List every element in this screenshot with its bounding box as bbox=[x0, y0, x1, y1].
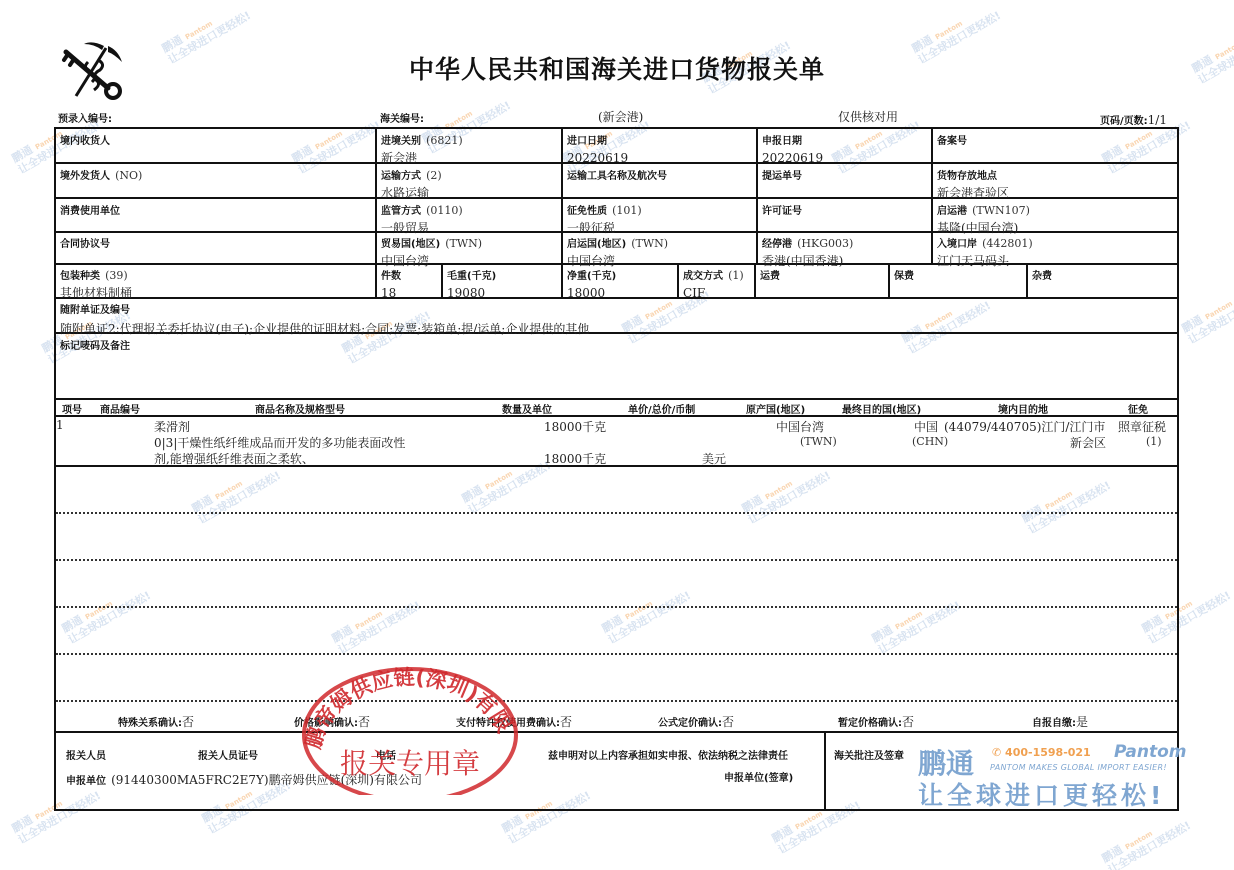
customs-note-label: 海关批注及签章 bbox=[834, 747, 904, 762]
item-domestic-dest: (44079/440705)江门/江门市 bbox=[944, 418, 1105, 435]
declarant-sign-label: 申报单位(签章) bbox=[724, 769, 793, 784]
field-attached-docs: 随附单证及编号 随附单证2:代理报关委托协议(电子);企业提供的证明材料;合同;… bbox=[56, 298, 1176, 339]
field-freight: 运费 bbox=[756, 264, 888, 287]
col-levy: 征免 bbox=[1128, 401, 1148, 416]
field-import-date: 进口日期 20220619 bbox=[563, 129, 755, 168]
item-levy-code: (1) bbox=[1146, 435, 1162, 448]
col-origin: 原产国(地区) bbox=[746, 401, 805, 416]
field-marks: 标记唛码及备注 bbox=[56, 334, 1176, 357]
broker-id-label: 报关人员证号 bbox=[198, 747, 258, 762]
page-value: 1/1 bbox=[1148, 113, 1167, 127]
legal-statement: 兹申明对以上内容承担如实申报、依法纳税之法律责任 bbox=[548, 747, 788, 762]
item-dest-country: 中国 bbox=[914, 418, 938, 435]
field-bill-no: 提运单号 bbox=[758, 164, 930, 187]
watermark: 鹏通 Pantom让全球进口更轻松! bbox=[870, 588, 963, 656]
field-consumer: 消费使用单位 bbox=[56, 199, 374, 222]
field-storage-place: 货物存放地点 新会港查验区 bbox=[933, 164, 1177, 203]
brand-slogan-en: PANTOM MAKES GLOBAL IMPORT EASIER! bbox=[990, 763, 1167, 772]
watermark: 鹏通 Pantom让全球进口更轻松! bbox=[1100, 808, 1193, 870]
item-no: 1 bbox=[56, 418, 64, 432]
field-contract-no: 合同协议号 bbox=[56, 232, 374, 255]
customs-no-label: 海关编号: bbox=[380, 110, 424, 125]
item-qty1: 18000千克 bbox=[544, 418, 606, 435]
item-spec-line1: 0|3|干燥性纸纤维成品而开发的多功能表面改性 bbox=[154, 434, 405, 451]
col-item-no: 项号 bbox=[62, 401, 82, 416]
col-goods-name: 商品名称及规格型号 bbox=[255, 401, 345, 416]
port-name: (新会港) bbox=[598, 108, 643, 125]
item-qty2: 18000千克 bbox=[544, 450, 606, 467]
item-levy: 照章征税 bbox=[1118, 418, 1166, 435]
watermark: 鹏通 Pantom让全球进口更轻松! bbox=[1020, 468, 1113, 536]
svg-text:报关专用章: 报关专用章 bbox=[340, 747, 480, 780]
confirm-special-relation: 特殊关系确认:否 bbox=[118, 711, 194, 730]
brand-slogan-cn: 让全球进口更轻松! bbox=[918, 776, 1165, 812]
confirm-formula-pricing: 公式定价确认:否 bbox=[658, 711, 734, 730]
watermark: 鹏通 Pantom让全球进口更轻松! bbox=[1140, 578, 1233, 646]
col-hs-code: 商品编号 bbox=[100, 401, 140, 416]
field-misc-fee: 杂费 bbox=[1028, 264, 1176, 287]
col-price: 单价/总价/币制 bbox=[628, 401, 695, 416]
field-entry-customs: 进境关别 (6821) 新会港 bbox=[377, 129, 561, 168]
watermark: 鹏通 Pantom让全球进口更轻松! bbox=[10, 778, 103, 846]
field-license-no: 许可证号 bbox=[758, 199, 930, 222]
item-name: 柔滑剂 bbox=[154, 418, 190, 435]
col-dest-country: 最终目的国(地区) bbox=[842, 401, 921, 416]
item-spec-line2: 剂,能增强纸纤维表面之柔软、 bbox=[154, 450, 314, 467]
pre-entry-no-label: 预录入编号: bbox=[58, 110, 112, 125]
field-declare-date: 申报日期 20220619 bbox=[758, 129, 930, 168]
item-currency: 美元 bbox=[702, 450, 726, 467]
item-domestic-dest2: 新会区 bbox=[1070, 434, 1106, 451]
document-title: 中华人民共和国海关进口货物报关单 bbox=[0, 50, 1234, 86]
confirm-provisional-price: 暂定价格确认:否 bbox=[838, 711, 914, 730]
svg-text:鹏帝姆供应链(深圳)有限公司: 鹏帝姆供应链(深圳)有限公司 bbox=[290, 655, 516, 751]
col-quantity: 数量及单位 bbox=[502, 401, 552, 416]
watermark: 鹏通 Pantom让全球进口更轻松! bbox=[770, 788, 863, 856]
watermark: 鹏通 Pantom让全球进口更轻松! bbox=[740, 458, 833, 526]
item-origin-code: (TWN) bbox=[800, 435, 837, 448]
field-transport-mode: 运输方式 (2) 水路运输 bbox=[377, 164, 561, 203]
watermark: 鹏通 Pantom让全球进口更轻松! bbox=[190, 458, 283, 526]
broker-label: 报关人员 bbox=[66, 747, 106, 762]
field-record-no: 备案号 bbox=[933, 129, 1177, 152]
confirm-self-declare: 自报自缴:是 bbox=[1032, 711, 1088, 730]
verification-note: 仅供核对用 bbox=[838, 108, 898, 125]
watermark: 鹏通 Pantom让全球进口更轻松! bbox=[1180, 278, 1234, 346]
pantom-brand-logo: 鹏通 ✆ 400-1598-021 Pantom PANTOM MAKES GL… bbox=[918, 742, 1178, 810]
field-insurance: 保费 bbox=[890, 264, 1026, 287]
watermark: 鹏通 Pantom让全球进口更轻松! bbox=[60, 578, 153, 646]
field-transport-name: 运输工具名称及航次号 bbox=[563, 164, 755, 187]
field-shipper: 境外发货人 (NO) bbox=[56, 164, 374, 187]
page-indicator: 页码/页数:1/1 bbox=[1100, 109, 1167, 128]
phone-icon: ✆ bbox=[992, 746, 1005, 759]
col-domestic-dest: 境内目的地 bbox=[998, 401, 1048, 416]
brand-latin: Pantom bbox=[1114, 742, 1186, 762]
brand-phone: ✆ 400-1598-021 bbox=[992, 746, 1091, 759]
page-label: 页码/页数: bbox=[1100, 116, 1148, 127]
field-consignee: 境内收货人 bbox=[56, 129, 374, 152]
item-origin: 中国台湾 bbox=[776, 418, 824, 435]
watermark: 鹏通 Pantom让全球进口更轻松! bbox=[600, 578, 693, 646]
company-seal-stamp: 鹏帝姆供应链(深圳)有限公司 报关专用章 bbox=[290, 655, 530, 795]
watermark: 鹏通 Pantom让全球进口更轻松! bbox=[460, 448, 553, 516]
item-dest-country-code: (CHN) bbox=[912, 435, 948, 448]
watermark: 鹏通 Pantom让全球进口更轻松! bbox=[330, 588, 423, 656]
